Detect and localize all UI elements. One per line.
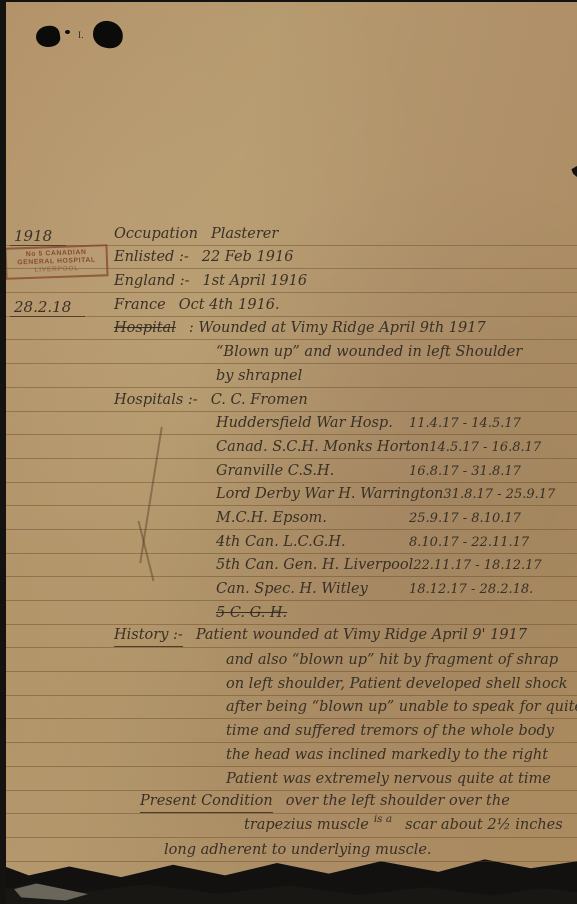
case-line: “Blown up” and wounded in left Shoulder [0,340,577,364]
case-line: and also “blown up” hit by fragment of s… [0,648,577,672]
line-text: Canad. S.C.H. Monks Horton [216,437,429,458]
line-text: Huddersfield War Hosp. [216,413,393,434]
line-text: Patient wounded at Vimy Ridge April 9' 1… [196,625,527,646]
case-line-text: England :-1st April 1916 [104,271,577,292]
case-line: Lord Derby War H. Warrington31.8.17 - 25… [0,483,577,507]
line-label: England :- [114,271,190,292]
date-range: 31.8.17 - 25.9.17 [443,484,577,505]
case-line-text: 5th Can. Gen. H. Liverpool22.11.17 - 18.… [104,555,577,576]
case-line-text: by shrapnel [104,366,577,387]
case-notes: 1918 OccupationPlasterer Enlisted :-22 F… [0,222,577,862]
case-line: 1918 OccupationPlasterer [0,222,577,246]
date-range: 8.10.17 - 22.11.17 [409,532,577,553]
line-label: Present Condition [140,791,273,813]
date-range: 14.5.17 - 16.8.17 [429,437,577,458]
case-line-text: Canad. S.C.H. Monks Horton14.5.17 - 16.8… [104,437,577,458]
case-line-text: Lord Derby War H. Warrington31.8.17 - 25… [104,484,577,505]
case-line: History :-Patient wounded at Vimy Ridge … [0,625,577,649]
case-line-text: Granville C.S.H.16.8.17 - 31.8.17 [104,461,577,482]
case-line: M.C.H. Epsom.25.9.17 - 8.10.17 [0,506,577,530]
date-range: 18.12.17 - 28.2.18. [409,579,577,600]
case-line-text: Enlisted :-22 Feb 1916 [104,247,577,268]
case-line-text: Can. Spec. H. Witley18.12.17 - 28.2.18. [104,579,577,600]
case-line-text: Patient was extremely nervous quite at t… [104,769,577,790]
line-text: trapezius muscle [244,815,369,836]
case-line-text: 5 C. G. H. [104,603,577,624]
case-line: 4th Can. L.C.G.H.8.10.17 - 22.11.17 [0,530,577,554]
line-text: Oct 4th 1916. [179,295,280,316]
line-label: Occupation [114,224,198,245]
line-text: Can. Spec. H. Witley [216,579,368,600]
case-line-text: on left shoulder, Patient developed shel… [104,674,577,695]
line-text: Plasterer [211,224,278,245]
line-text: over the left shoulder over the [286,791,510,812]
line-label: France [114,295,166,316]
case-line: Present Conditionover the left shoulder … [0,791,577,815]
margin-cell: 1918 [0,226,104,245]
case-line: Can. Spec. H. Witley18.12.17 - 28.2.18. [0,577,577,601]
line-text: Lord Derby War H. Warrington [216,484,443,505]
line-text: 5th Can. Gen. H. Liverpool [216,555,413,576]
margin-cell: 28.2.18 [0,297,104,316]
case-line: Hospital: Wounded at Vimy Ridge April 9t… [0,317,577,341]
case-line-text: Present Conditionover the left shoulder … [104,791,577,813]
case-line-text: trapezius muscleis ascar about 2½ inches [104,815,577,837]
line-text: M.C.H. Epsom. [216,508,327,529]
line-text: Patient was extremely nervous quite at t… [226,769,551,790]
case-line-text: Hospital: Wounded at Vimy Ridge April 9t… [104,318,577,339]
margin-date: 1918 [10,227,66,246]
line-text: “Blown up” and wounded in left Shoulder [216,342,522,363]
date-range: 11.4.17 - 14.5.17 [409,413,577,434]
line-text: C. C. Fromen [211,390,308,411]
case-line: long adherent to underlying muscle. [0,838,577,862]
case-line-text: M.C.H. Epsom.25.9.17 - 8.10.17 [104,508,577,529]
case-line-text: and also “blown up” hit by fragment of s… [104,650,577,671]
inserted-word: is a [374,809,392,830]
torn-bottom-edge [0,874,577,904]
case-line: after being “blown up” unable to speak f… [0,696,577,720]
case-line: the head was inclined markedly to the ri… [0,743,577,767]
line-label: Hospital [114,318,176,339]
date-range: 25.9.17 - 8.10.17 [409,508,577,529]
line-label: History :- [114,625,183,647]
margin-date: 28.2.18 [10,298,85,317]
line-text: : Wounded at Vimy Ridge April 9th 1917 [189,318,486,339]
line-text: long adherent to underlying muscle. [164,840,432,861]
case-line: by shrapnel [0,364,577,388]
line-text: 4th Can. L.C.G.H. [216,532,346,553]
form-ref-line1: I. [78,30,84,40]
case-line: on left shoulder, Patient developed shel… [0,672,577,696]
line-text: 1st April 1916 [203,271,308,292]
line-text: by shrapnel [216,366,302,387]
case-line-text: Hospitals :-C. C. Fromen [104,390,577,411]
case-line: trapezius muscleis ascar about 2½ inches [0,814,577,838]
case-line: Huddersfield War Hosp.11.4.17 - 14.5.17 [0,412,577,436]
line-text: 22 Feb 1916 [202,247,294,268]
line-text: after being “blown up” unable to speak f… [226,697,577,718]
case-line: time and suffered tremors of the whole b… [0,719,577,743]
case-line-text: OccupationPlasterer [104,224,577,245]
case-line-text: “Blown up” and wounded in left Shoulder [104,342,577,363]
scan-edge-top [0,0,577,2]
case-line: Granville C.S.H.16.8.17 - 31.8.17 [0,459,577,483]
case-line: 5th Can. Gen. H. Liverpool22.11.17 - 18.… [0,554,577,578]
line-text: on left shoulder, Patient developed shel… [226,674,568,695]
scanned-medical-case-sheet: { "header": { "ref_line1": "I.", "ref_li… [0,0,577,904]
line-text: and also “blown up” hit by fragment of s… [226,650,558,671]
line-text-2: scar about 2½ inches [405,815,563,836]
line-label: Hospitals :- [114,390,198,411]
case-line-text: after being “blown up” unable to speak f… [104,697,577,718]
line-text: 5 C. G. H. [216,603,287,624]
case-line: 5 C. G. H. [0,601,577,625]
case-line: Canad. S.C.H. Monks Horton14.5.17 - 16.8… [0,435,577,459]
case-line-text: Huddersfield War Hosp.11.4.17 - 14.5.17 [104,413,577,434]
case-line-text: 4th Can. L.C.G.H.8.10.17 - 22.11.17 [104,532,577,553]
case-line: Patient was extremely nervous quite at t… [0,767,577,791]
case-line-text: FranceOct 4th 1916. [104,295,577,316]
scan-edge-left [0,0,6,904]
line-text: Granville C.S.H. [216,461,334,482]
line-text: time and suffered tremors of the whole b… [226,721,554,742]
case-line-text: the head was inclined markedly to the ri… [104,745,577,766]
ink-dot [65,30,70,34]
hospital-rubber-stamp: No 5 CANADIAN GENERAL HOSPITAL LIVERPOOL [4,244,108,280]
line-label: Enlisted :- [114,247,189,268]
case-line-text: time and suffered tremors of the whole b… [104,721,577,742]
line-text: the head was inclined markedly to the ri… [226,745,548,766]
case-line-text: History :-Patient wounded at Vimy Ridge … [104,625,577,647]
date-range: 22.11.17 - 18.12.17 [413,555,577,576]
case-line: Hospitals :-C. C. Fromen [0,388,577,412]
case-line: 28.2.18 FranceOct 4th 1916. [0,293,577,317]
case-line-text: long adherent to underlying muscle. [104,840,577,861]
date-range: 16.8.17 - 31.8.17 [409,461,577,482]
